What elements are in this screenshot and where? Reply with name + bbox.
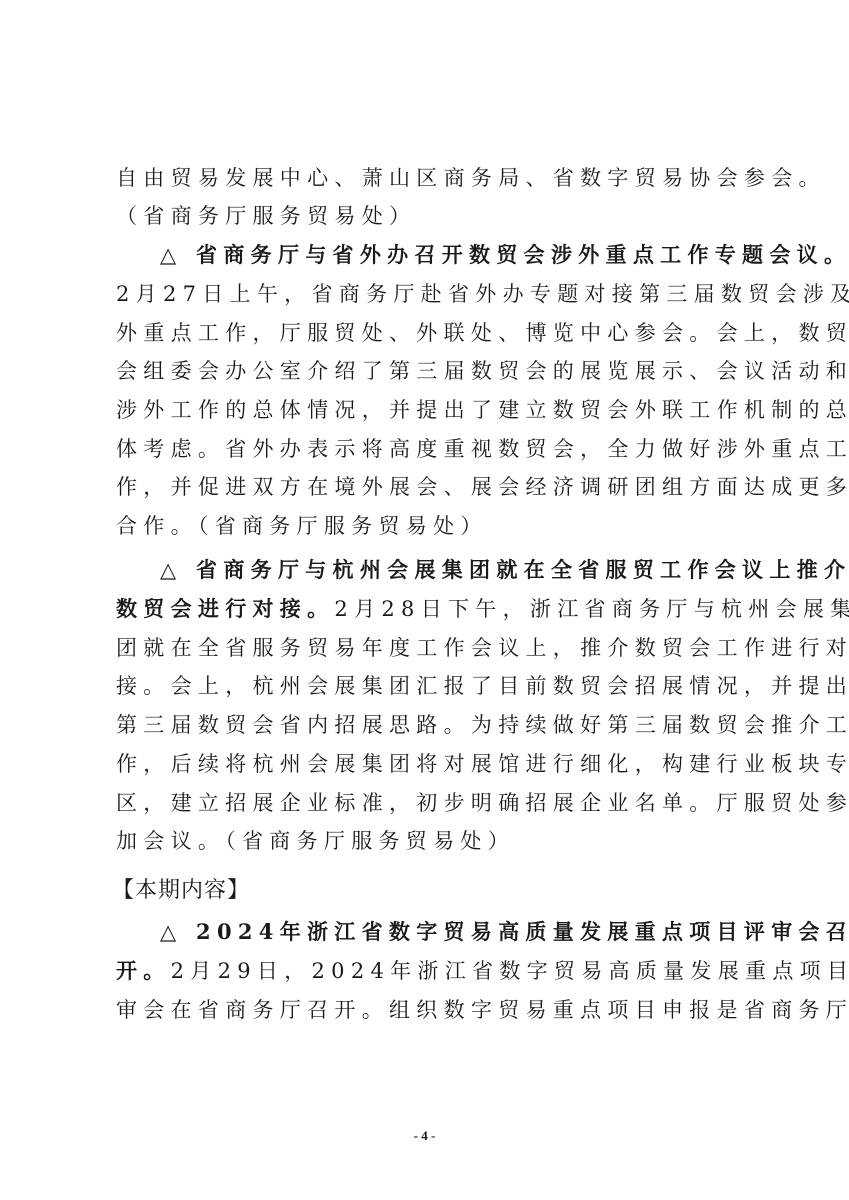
paragraph-line: 区，建立招展企业标准，初步明确招展企业名单。厅服贸处参	[116, 789, 746, 817]
paragraph-line: 自由贸易发展中心、萧山区商务局、省数字贸易协会参会。	[116, 164, 746, 192]
item-title: △ 省商务厅与杭州会展集团就在全省服贸工作会议上推介	[160, 556, 746, 584]
section-heading: 【本期内容】	[112, 876, 250, 906]
paragraph-line: 接。会上，杭州会展集团汇报了目前数贸会招展情况，并提出	[116, 672, 746, 700]
paragraph-line: 加会议。（省商务厅服务贸易处）	[116, 827, 746, 855]
paragraph-line: 作，后续将杭州会展集团将对展馆进行细化，构建行业板块专	[116, 750, 746, 778]
page-number: - 4 -	[0, 1128, 849, 1144]
paragraph-line: 审会在省商务厅召开。组织数字贸易重点项目申报是省商务厅	[116, 996, 746, 1024]
paragraph-line: 团就在全省服务贸易年度工作会议上，推介数贸会工作进行对	[116, 634, 746, 662]
item-title: △ 省商务厅与省外办召开数贸会涉外重点工作专题会议。	[160, 241, 746, 269]
paragraph-line: 数贸会进行对接。2月28日下午，浙江省商务厅与杭州会展集	[116, 595, 746, 623]
paragraph-line: 外重点工作，厅服贸处、外联处、博览中心参会。会上，数贸	[116, 319, 746, 347]
paragraph-line: 第三届数贸会省内招展思路。为持续做好第三届数贸会推介工	[116, 711, 746, 739]
paragraph-line: 合作。（省商务厅服务贸易处）	[116, 512, 746, 540]
paragraph-line: 作，并促进双方在境外展会、展会经济调研团组方面达成更多	[116, 473, 746, 501]
document-page: 自由贸易发展中心、萧山区商务局、省数字贸易协会参会。 （省商务厅服务贸易处） △…	[0, 0, 849, 1200]
paragraph-line: 涉外工作的总体情况，并提出了建立数贸会外联工作机制的总	[116, 396, 746, 424]
item-title: △ 2024年浙江省数字贸易高质量发展重点项目评审会召	[160, 918, 746, 946]
paragraph-line: 会组委会办公室介绍了第三届数贸会的展览展示、会议活动和	[116, 357, 746, 385]
paragraph-line: （省商务厅服务贸易处）	[116, 202, 746, 230]
paragraph-line: 体考虑。省外办表示将高度重视数贸会，全力做好涉外重点工	[116, 435, 746, 463]
paragraph-line: 开。2月29日，2024年浙江省数字贸易高质量发展重点项目评	[116, 957, 746, 985]
paragraph-line: 2月27日上午，省商务厅赴省外办专题对接第三届数贸会涉及	[116, 280, 746, 308]
